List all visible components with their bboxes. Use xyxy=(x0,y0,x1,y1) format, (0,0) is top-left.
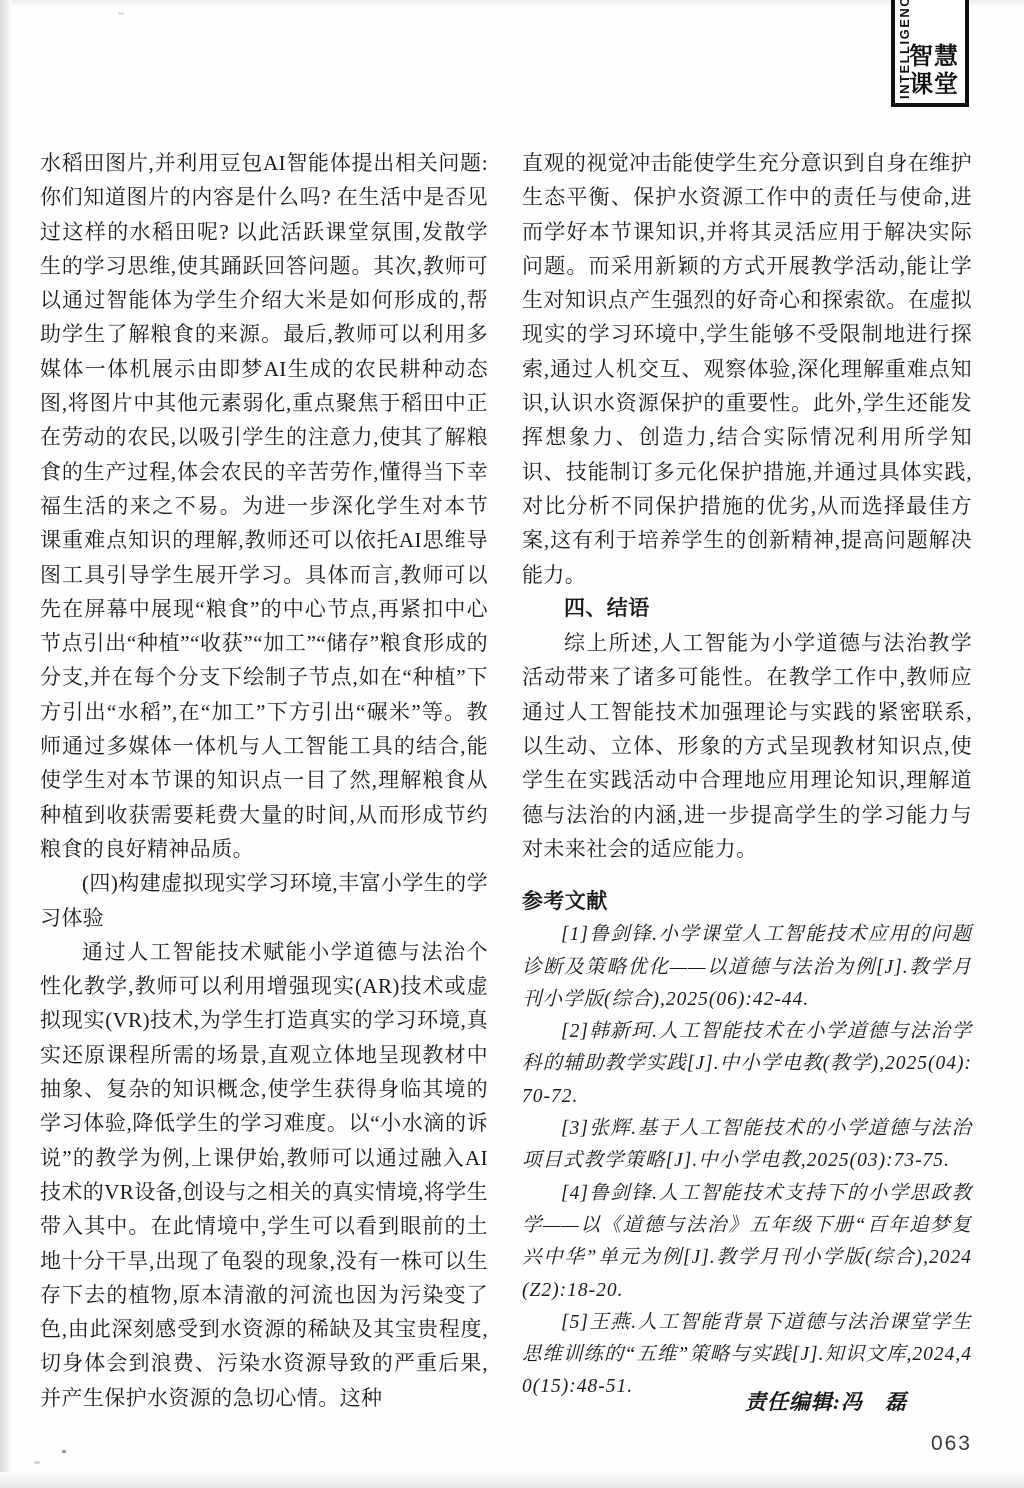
paragraph: 通过人工智能技术赋能小学道德与法治个性化教学,教师可以利用增强现实(AR)技术或… xyxy=(40,935,488,1415)
reference-entry: [3]张辉.基于人工智能技术的小学道德与法治项目式教学策略[J].中小学电教,2… xyxy=(522,1113,972,1178)
left-text-column: 水稻田图片,并利用豆包AI智能体提出相关问题:你们知道图片的内容是什么吗? 在生… xyxy=(40,146,488,1415)
scan-artifact-dot xyxy=(118,12,124,15)
paragraph: (四)构建虚拟现实学习环境,丰富小学生的学习体验 xyxy=(40,866,488,935)
scan-edge-left xyxy=(0,0,12,1488)
paragraph: 综上所述,人工智能为小学道德与法治教学活动带来了诸多可能性。在教学工作中,教师应… xyxy=(522,626,972,866)
journal-logo: INTELLIGENCE 智慧 课堂 xyxy=(891,0,969,107)
scan-artifact-dot xyxy=(34,1461,40,1464)
reference-entry: [1]鲁剑锋.小学课堂人工智能技术应用的问题诊断及策略优化——以道德与法治为例[… xyxy=(522,919,972,1016)
scan-edge-bottom xyxy=(0,1472,1024,1488)
section-heading: 参考文献 xyxy=(522,885,972,919)
responsible-editor-line: 责任编辑:冯 磊 xyxy=(522,1386,907,1416)
section-heading: 四、结语 xyxy=(522,592,972,626)
reference-entry: [2]韩新珂.人工智能技术在小学道德与法治学科的辅助教学实践[J].中小学电教(… xyxy=(522,1016,972,1113)
page-number: 063 xyxy=(522,1432,972,1456)
logo-chinese-text: 智慧 课堂 xyxy=(909,43,959,99)
scan-edge-top xyxy=(0,0,1024,6)
reference-entry: [4]鲁剑锋.人工智能技术支持下的小学思政教学——以《道德与法治》五年级下册“百… xyxy=(522,1178,972,1307)
paragraph: 直观的视觉冲击能使学生充分意识到自身在维护生态平衡、保护水资源工作中的责任与使命… xyxy=(522,146,972,592)
paragraph: 水稻田图片,并利用豆包AI智能体提出相关问题:你们知道图片的内容是什么吗? 在生… xyxy=(40,146,488,866)
scan-artifact-dot xyxy=(62,1450,66,1453)
right-text-column: 直观的视觉冲击能使学生充分意识到自身在维护生态平衡、保护水资源工作中的责任与使命… xyxy=(522,146,972,1404)
